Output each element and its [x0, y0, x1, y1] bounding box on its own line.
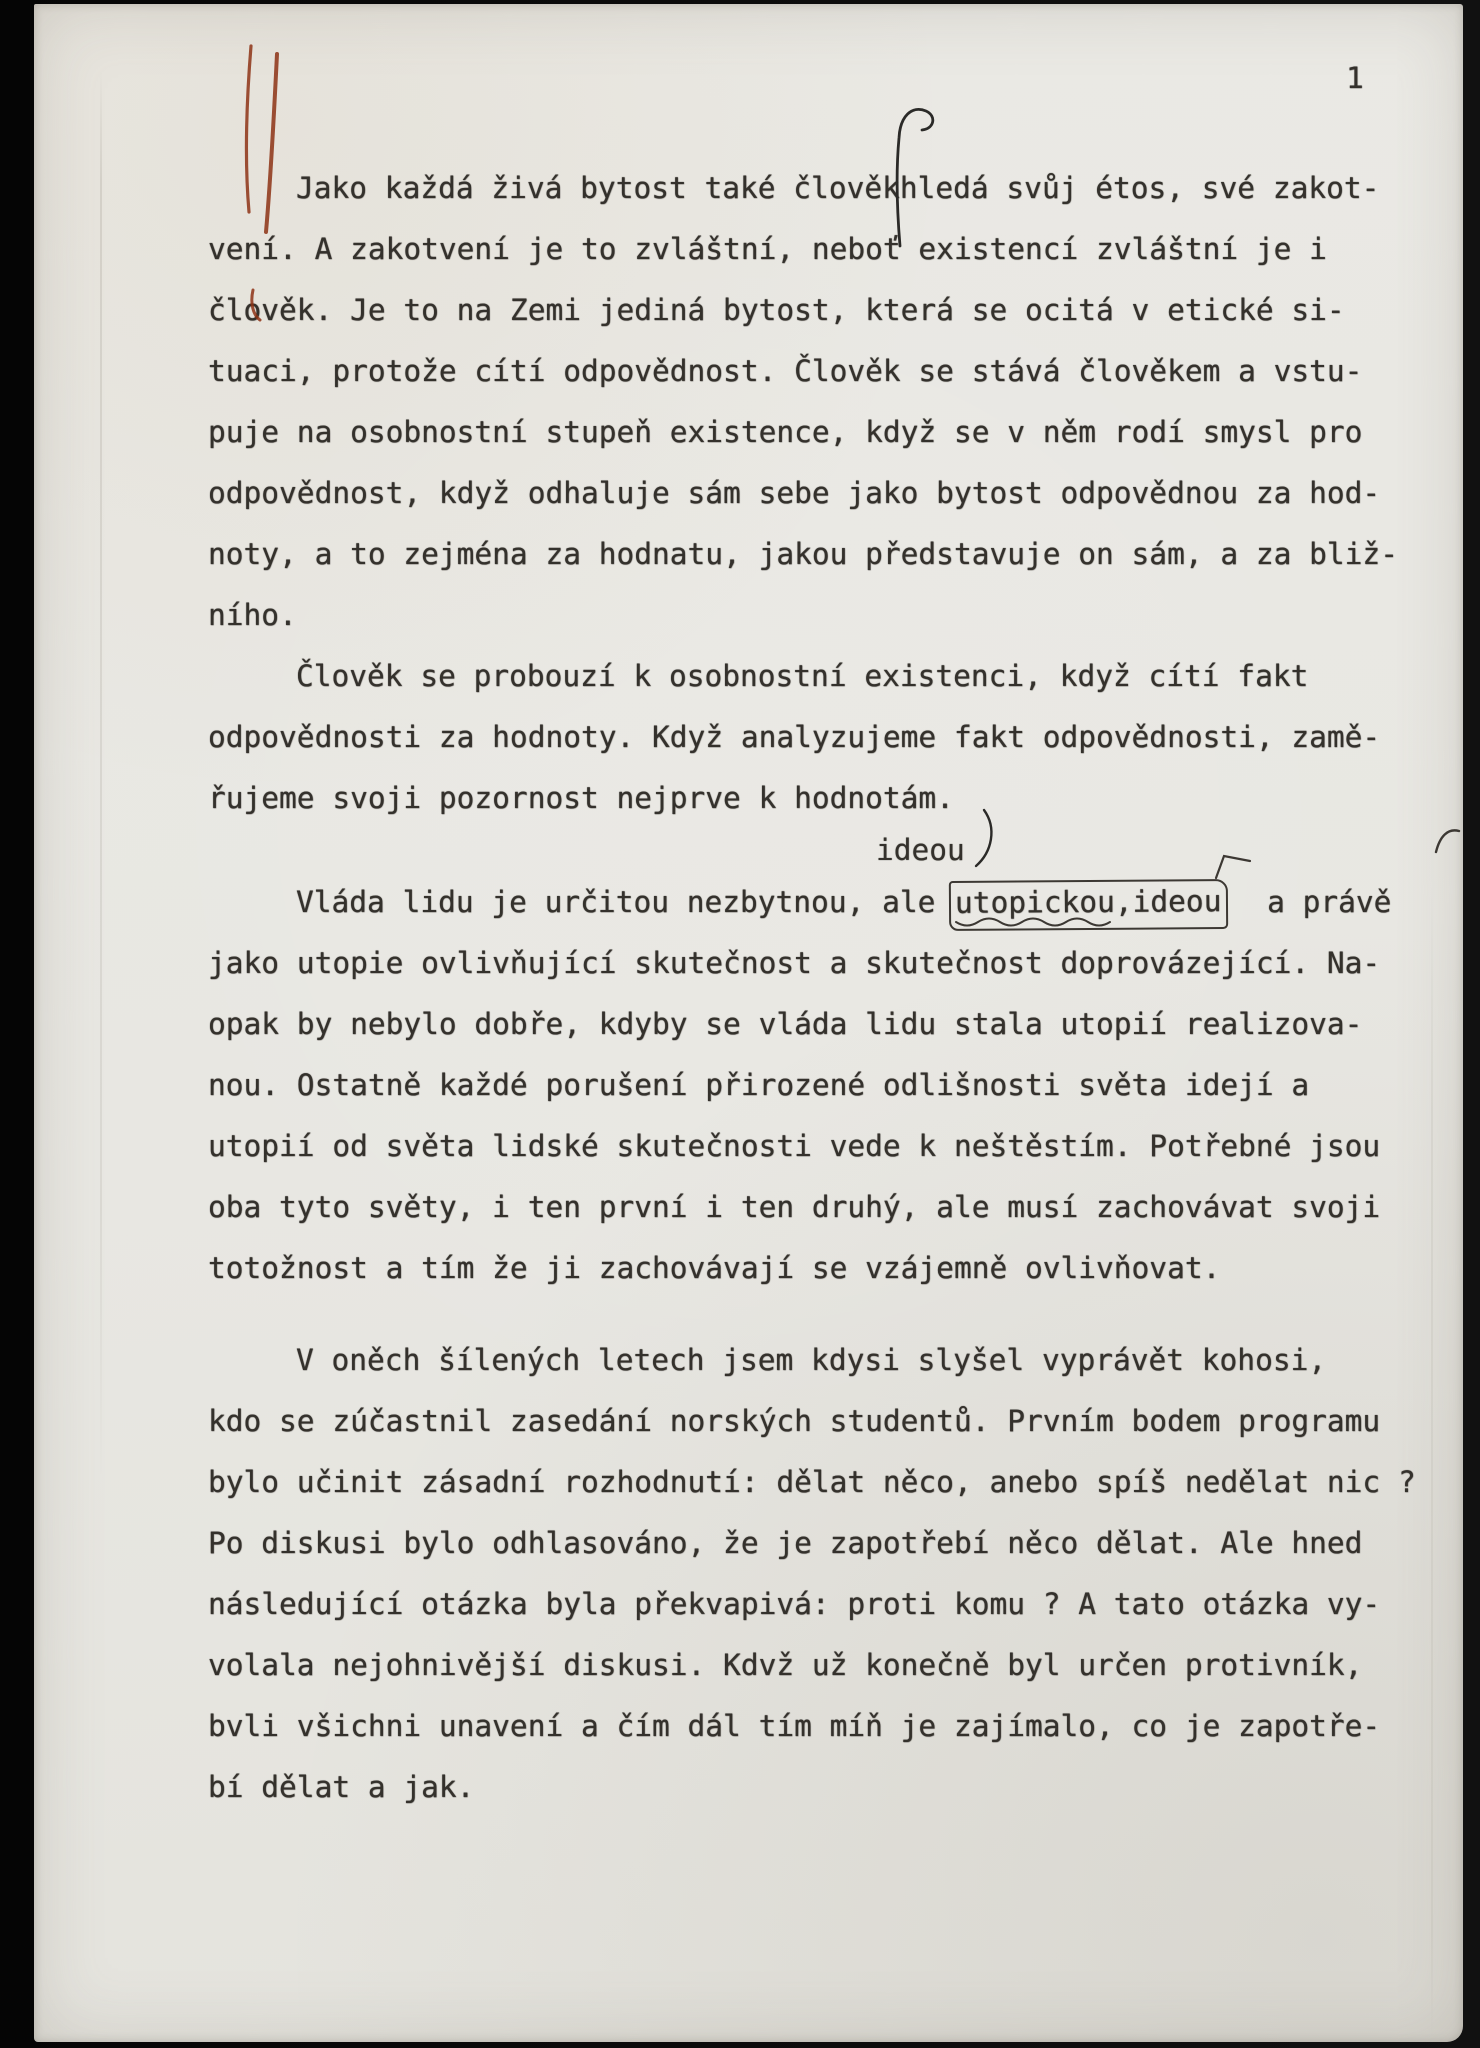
text-line: bylo učinit zásadní rozhodnutí: dělat ně… [208, 1452, 1458, 1513]
scanned-typewritten-page: 1 Jako každá živá bytost také člověkhled… [0, 0, 1480, 2048]
text-line: utopií od světa lidské skutečnosti vede … [208, 1116, 1458, 1177]
typewritten-text-layer: 1 Jako každá živá bytost také člověkhled… [0, 0, 1480, 2048]
page-number: 1 [1346, 58, 1364, 98]
text-line: noty, a to zejména za hodnatu, jakou pře… [208, 524, 1458, 585]
text-line: nou. Ostatně každé porušení přirozené od… [208, 1055, 1458, 1116]
line-segment: Vláda lidu je určitou nezbytnou, ale [296, 885, 953, 919]
text-line: bvli všichni unavení a čím dál tím míň j… [208, 1696, 1458, 1757]
text-line: následující otázka byla překvapivá: prot… [208, 1574, 1458, 1635]
text-line: Člověk se probouzí k osobnostní existenc… [208, 646, 1458, 707]
text-line: oba tyto světy, i ten první i ten druhý,… [208, 1177, 1458, 1238]
text-line: Jako každá živá bytost také člověkhledá … [208, 158, 1458, 219]
text-line: volala nejohnivější diskusi. Kdvž už kon… [208, 1635, 1458, 1696]
boxed-correction: utopickou,ideou [949, 879, 1229, 931]
text-line: člověk. Je to na Zemi jediná bytost, kte… [208, 280, 1458, 341]
interline-insertion: ideou [876, 833, 965, 867]
text-line: kdo se zúčastnil zasedání norských stude… [208, 1391, 1458, 1452]
text-line: vení. A zakotvení je to zvláštní, neboť … [208, 219, 1458, 280]
text-line: Vláda lidu je určitou nezbytnou, ale uto… [208, 872, 1458, 933]
text-line: totožnost a tím že ji zachovávají se vzá… [208, 1238, 1458, 1299]
text-line: opak by nebylo dobře, kdyby se vláda lid… [208, 994, 1458, 1055]
text-line: ního. [208, 585, 1458, 646]
text-line: řujeme svoji pozornost nejprve k hodnotá… [208, 768, 1458, 829]
text-line: puje na osobnostní stupeň existence, kdy… [208, 402, 1458, 463]
paragraph: V oněch šílených letech jsem kdysi slyše… [208, 1330, 1458, 1818]
paragraph: Vláda lidu je určitou nezbytnou, ale uto… [208, 872, 1458, 1299]
text-line: Po diskusi bylo odhlasováno, že je zapot… [208, 1513, 1458, 1574]
text-line: jako utopie ovlivňující skutečnost a sku… [208, 933, 1458, 994]
paragraph: Člověk se probouzí k osobnostní existenc… [208, 646, 1458, 829]
text-line: tuaci, protože cítí odpovědnost. Člověk … [208, 341, 1458, 402]
paragraph: Jako každá živá bytost také člověkhledá … [208, 158, 1458, 646]
text-line: odpovědnost, když odhaluje sám sebe jako… [208, 463, 1458, 524]
line-segment: a právě [1232, 885, 1392, 919]
text-line: bí dělat a jak. [208, 1757, 1458, 1818]
text-line: V oněch šílených letech jsem kdysi slyše… [208, 1330, 1458, 1391]
text-line: odpovědnosti za hodnoty. Když analyzujem… [208, 707, 1458, 768]
